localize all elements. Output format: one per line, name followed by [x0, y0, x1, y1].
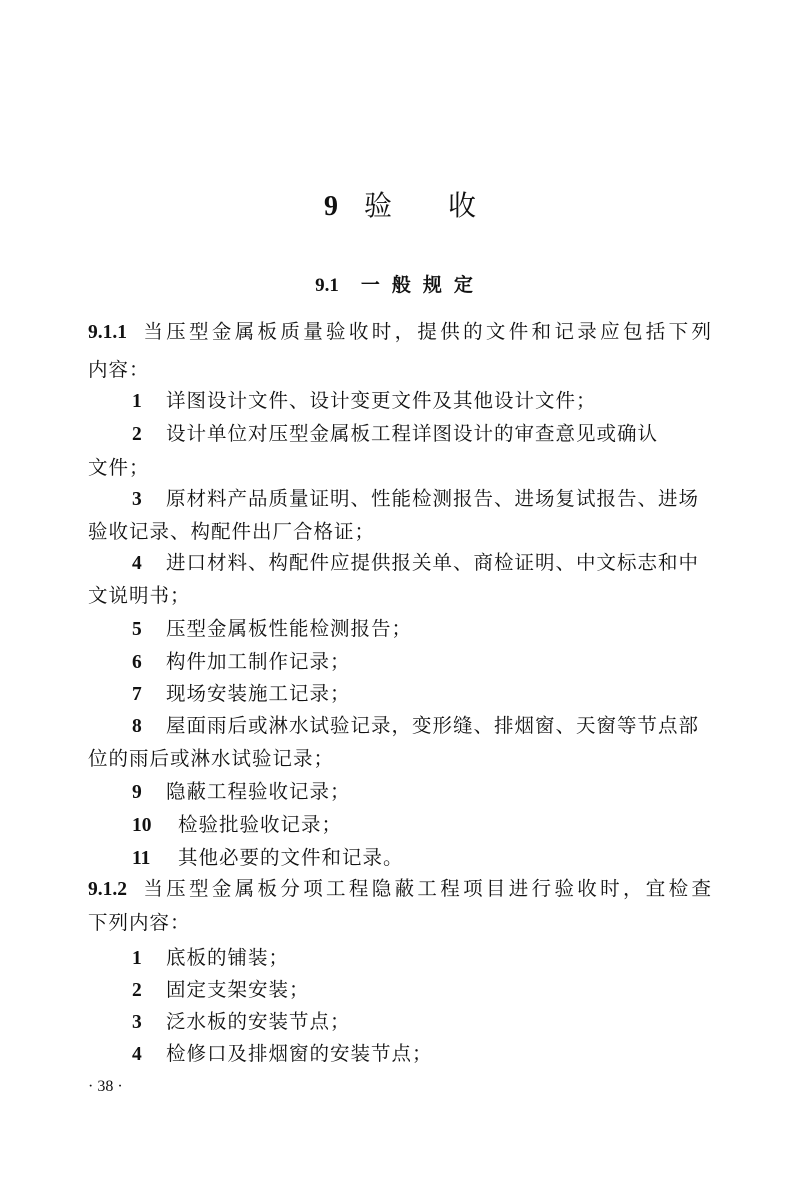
item-text: 其他必要的文件和记录。: [178, 846, 404, 869]
list-item: 4检修口及排烟窗的安装节点；: [132, 1042, 756, 1067]
item-number: 4: [132, 1043, 166, 1067]
list-item: 8屋面雨后或淋水试验记录，变形缝、排烟窗、天窗等节点部: [132, 714, 712, 739]
list-item: 3泛水板的安装节点；: [132, 1010, 756, 1035]
item-number: 3: [132, 1011, 166, 1035]
item-number: 1: [132, 390, 166, 414]
item-number: 2: [132, 423, 166, 447]
list-item: 4进口材料、构配件应提供报关单、商检证明、中文标志和中: [132, 551, 712, 576]
list-item: 10检验批验收记录；: [132, 813, 756, 838]
section-title: 9.1一般规定: [0, 270, 800, 297]
item-number: 8: [132, 715, 166, 739]
item-text: 固定支架安装；: [166, 978, 310, 1001]
clause-text: 当压型金属板质量验收时，提供的文件和记录应包括下列: [141, 320, 712, 343]
page-number: · 38 ·: [88, 1078, 123, 1096]
clause-line: 9.1.1当压型金属板质量验收时，提供的文件和记录应包括下列: [88, 320, 712, 345]
chapter-number: 9: [324, 191, 338, 222]
clause-text: 内容：: [88, 358, 150, 381]
item-text: 泛水板的安装节点；: [166, 1010, 351, 1033]
list-item: 1底板的铺装；: [132, 946, 756, 971]
item-text: 现场安装施工记录；: [166, 682, 351, 705]
item-text: 文说明书；: [88, 584, 191, 607]
item-number: 5: [132, 618, 166, 642]
item-number: 7: [132, 683, 166, 707]
item-text: 位的雨后或淋水试验记录；: [88, 747, 334, 770]
item-number: 3: [132, 488, 166, 512]
list-item-continuation: 文说明书；: [88, 584, 712, 608]
clause-number: 9.1.2: [88, 879, 127, 900]
list-item: 3原材料产品质量证明、性能检测报告、进场复试报告、进场: [132, 487, 712, 512]
item-text: 详图设计文件、设计变更文件及其他设计文件；: [166, 389, 597, 412]
list-item-continuation: 文件；: [88, 456, 712, 480]
item-number: 11: [132, 847, 178, 871]
chapter-title-char: 收: [448, 184, 476, 224]
list-item: 5压型金属板性能检测报告；: [132, 617, 756, 642]
list-item: 9隐蔽工程验收记录；: [132, 780, 756, 805]
clause-text: 当压型金属板分项工程隐蔽工程项目进行验收时，宜检查: [141, 877, 712, 900]
item-text: 屋面雨后或淋水试验记录，变形缝、排烟窗、天窗等节点部: [166, 714, 699, 737]
item-number: 2: [132, 979, 166, 1003]
item-text: 进口材料、构配件应提供报关单、商检证明、中文标志和中: [166, 551, 699, 574]
item-number: 9: [132, 781, 166, 805]
list-item: 2固定支架安装；: [132, 978, 756, 1003]
item-text: 设计单位对压型金属板工程详图设计的审查意见或确认: [166, 422, 658, 445]
item-number: 6: [132, 651, 166, 675]
item-text: 文件；: [88, 456, 150, 479]
list-item: 1详图设计文件、设计变更文件及其他设计文件；: [132, 389, 756, 414]
clause-line: 下列内容：: [88, 911, 712, 935]
clause-line: 9.1.2当压型金属板分项工程隐蔽工程项目进行验收时，宜检查: [88, 877, 712, 902]
chapter-title-char: 验: [364, 184, 392, 224]
list-item: 2设计单位对压型金属板工程详图设计的审查意见或确认: [132, 422, 712, 447]
list-item-continuation: 验收记录、构配件出厂合格证；: [88, 520, 712, 544]
item-text: 验收记录、构配件出厂合格证；: [88, 520, 375, 543]
item-text: 隐蔽工程验收记录；: [166, 780, 351, 803]
clause-text: 下列内容：: [88, 911, 191, 934]
clause-number: 9.1.1: [88, 322, 127, 343]
clause-line: 内容：: [88, 358, 712, 382]
list-item: 11其他必要的文件和记录。: [132, 846, 756, 871]
item-number: 10: [132, 814, 178, 838]
section-number: 9.1: [315, 275, 339, 296]
item-text: 检修口及排烟窗的安装节点；: [166, 1042, 433, 1065]
item-number: 1: [132, 947, 166, 971]
item-text: 构件加工制作记录；: [166, 650, 351, 673]
item-text: 检验批验收记录；: [178, 813, 342, 836]
list-item: 6构件加工制作记录；: [132, 650, 756, 675]
item-text: 原材料产品质量证明、性能检测报告、进场复试报告、进场: [166, 487, 699, 510]
list-item: 7现场安装施工记录；: [132, 682, 756, 707]
item-text: 底板的铺装；: [166, 946, 289, 969]
list-item-continuation: 位的雨后或淋水试验记录；: [88, 747, 712, 771]
item-text: 压型金属板性能检测报告；: [166, 617, 412, 640]
chapter-title: 9验收: [0, 184, 800, 224]
item-number: 4: [132, 552, 166, 576]
section-title-text: 一般规定: [361, 274, 485, 296]
